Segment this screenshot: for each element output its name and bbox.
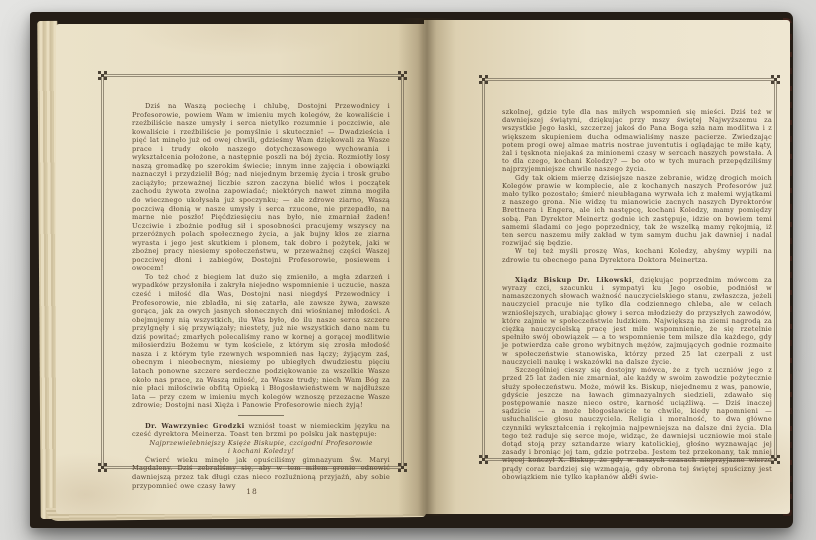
right-page-text: szkolnej, gdzie tyle dla nas miłych wspo… — [502, 108, 772, 481]
corner-ornament-icon — [479, 75, 488, 84]
section-separator — [238, 415, 284, 416]
bishop-speech-text: , dziękując poprzednim mówcom za wyrazy … — [502, 276, 772, 366]
right-page-frame: szkolnej, gdzie tyle dla nas miłych wspo… — [482, 78, 777, 461]
left-page: Dziś na Waszą pociechę i chlubę, Dostojn… — [56, 24, 424, 514]
bishop-speech-paragraph: Xiądz Biskup Dr. Likowski, dziękując pop… — [502, 276, 772, 366]
salutation: Najprzewielebniejszy Księże Biskupie, cz… — [132, 439, 390, 456]
speech-paragraph: To też choć z biegiem lat dużo się zmien… — [132, 273, 390, 410]
salutation-line: i kochani Koledzy! — [132, 447, 390, 456]
left-page-text: Dziś na Waszą pociechę i chlubę, Dostojn… — [132, 102, 390, 490]
photo-backdrop: Dziś na Waszą pociechę i chlubę, Dostojn… — [0, 0, 816, 540]
corner-ornament-icon — [771, 75, 780, 84]
corner-ornament-icon — [771, 455, 780, 464]
corner-ornament-icon — [479, 455, 488, 464]
speaker-name: Dr. Wawrzyniec Grodzki — [145, 422, 245, 430]
speech-paragraph: W tej też myśli proszę Was, kochani Kole… — [502, 247, 772, 263]
corner-ornament-icon — [398, 463, 407, 472]
salutation-line: Najprzewielebniejszy Księże Biskupie, cz… — [132, 439, 390, 448]
right-page: szkolnej, gdzie tyle dla nas miłych wspo… — [424, 20, 790, 514]
corner-ornament-icon — [98, 71, 107, 80]
book: Dziś na Waszą pociechę i chlubę, Dostojn… — [30, 12, 793, 528]
left-page-frame: Dziś na Waszą pociechę i chlubę, Dostojn… — [101, 74, 404, 469]
corner-ornament-icon — [398, 71, 407, 80]
toast-intro-paragraph: Dr. Wawrzyniec Grodzki wzniósł toast w n… — [132, 422, 390, 439]
speech-paragraph: Gdy tak okiem mierzę dzisiejsze nasze ze… — [502, 174, 772, 248]
toast-paragraph: Ćwierć wieku minęło jak opuściliśmy gimn… — [132, 456, 390, 490]
speaker-name: Xiądz Biskup Dr. Likowski — [515, 276, 632, 284]
closing-paragraph: Szczególniej cieszy się dostojny mówca, … — [502, 366, 772, 481]
page-number-right: 19 — [618, 472, 642, 481]
page-number-left: 18 — [240, 487, 264, 496]
corner-ornament-icon — [98, 463, 107, 472]
speech-paragraph: szkolnej, gdzie tyle dla nas miłych wspo… — [502, 108, 772, 174]
speech-paragraph: Dziś na Waszą pociechę i chlubę, Dostojn… — [132, 102, 390, 273]
section-separator — [614, 269, 660, 270]
